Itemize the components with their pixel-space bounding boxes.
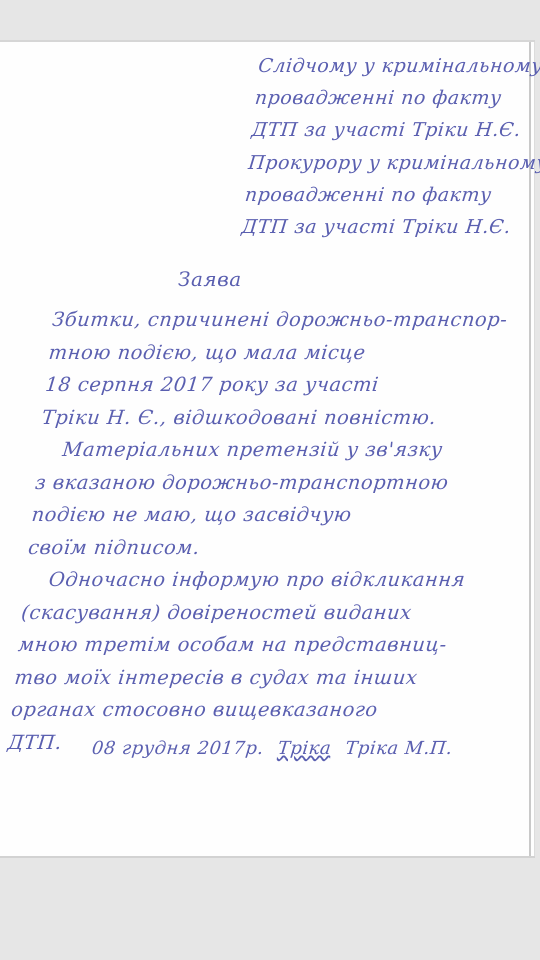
signature-scribble: Тріка	[277, 738, 332, 759]
body-line: мною третім особам на представниц-	[16, 629, 475, 662]
body-line: тво моїх інтересів в судах та інших	[13, 662, 472, 695]
addressee-line: Слідчому у кримінальному	[257, 50, 540, 82]
addressee-line: Прокурору у кримінальному	[247, 147, 540, 179]
addressee-prosecutor: Прокурору у кримінальному провадженні по…	[240, 147, 540, 243]
body-line: з вказаною дорожньо-транспортною	[33, 467, 492, 500]
addressee-line: провадженні по факту	[243, 179, 540, 211]
document-body: Збитки, спричинені дорожньо-транспор- тн…	[6, 304, 509, 759]
body-line: Одночасно інформую про відкликання	[23, 564, 482, 597]
body-line: 18 серпня 2017 року за участі	[44, 369, 503, 402]
body-line: подією не маю, що засвідчую	[30, 499, 489, 532]
signer-name: Тріка М.П.	[344, 738, 453, 759]
body-line: (скасування) довіреностей виданих	[20, 597, 479, 630]
document-page: Слідчому у кримінальному провадженні по …	[0, 40, 535, 858]
body-line: Тріки Н. Є., відшкодовані повністю.	[40, 402, 499, 435]
body-line: органах стосовно вищевказаного	[10, 694, 469, 727]
document-title: Заява	[178, 267, 242, 291]
signature-date: 08 грудня 2017р.	[91, 738, 265, 759]
signature-line: 08 грудня 2017р. Тріка Тріка М.П.	[91, 738, 462, 759]
addressee-line: ДТП за участі Тріки Н.Є.	[250, 114, 538, 146]
addressee-line: провадженні по факту	[253, 82, 540, 114]
body-line: Матеріальних претензій у зв'язку	[37, 434, 496, 467]
body-line: своїм підписом.	[27, 532, 486, 565]
body-line: Збитки, спричинені дорожньо-транспор-	[50, 304, 509, 337]
addressee-investigator: Слідчому у кримінальному провадженні по …	[250, 50, 540, 146]
body-line: тною подією, що мала місце	[47, 337, 506, 370]
addressee-line: ДТП за участі Тріки Н.Є.	[240, 211, 540, 243]
